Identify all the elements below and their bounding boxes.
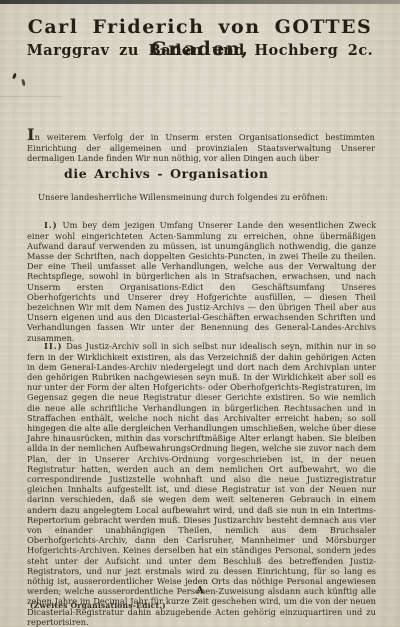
footer-caption: (Zweites Organisations-Edict.)	[30, 601, 166, 610]
ink-dot	[12, 73, 17, 80]
section-I-paragraph: I.) Um bey dem jezigen Umfang Unserer La…	[27, 220, 376, 342]
document-title-line2: Marggrav zu Baden und Hochberg 2c.	[0, 42, 400, 59]
ink-mark	[13, 73, 29, 87]
ink-dot	[21, 79, 25, 86]
preamble-line: Unsere landesherrliche Willensmeinung du…	[38, 192, 378, 202]
intro-paragraph: In weiterem Verfolg der in Unserm ersten…	[27, 129, 375, 163]
section-II-text: Das Justiz-Archiv soll in sich selbst nu…	[27, 341, 376, 626]
paper-scratch	[0, 96, 62, 97]
sheet-signature-mark: A	[0, 585, 400, 596]
section-I-text: Um bey dem jezigen Umfang Unserer Lande …	[27, 220, 376, 342]
photo-edge-top	[0, 0, 400, 4]
section-heading-archivs-organisation: die Archivs - Organisation	[64, 166, 269, 181]
document-page: Carl Friderich von GOTTES Gnaden, Marggr…	[0, 0, 400, 627]
section-I-number: I.)	[44, 220, 58, 230]
section-II-number: II.)	[44, 341, 63, 351]
